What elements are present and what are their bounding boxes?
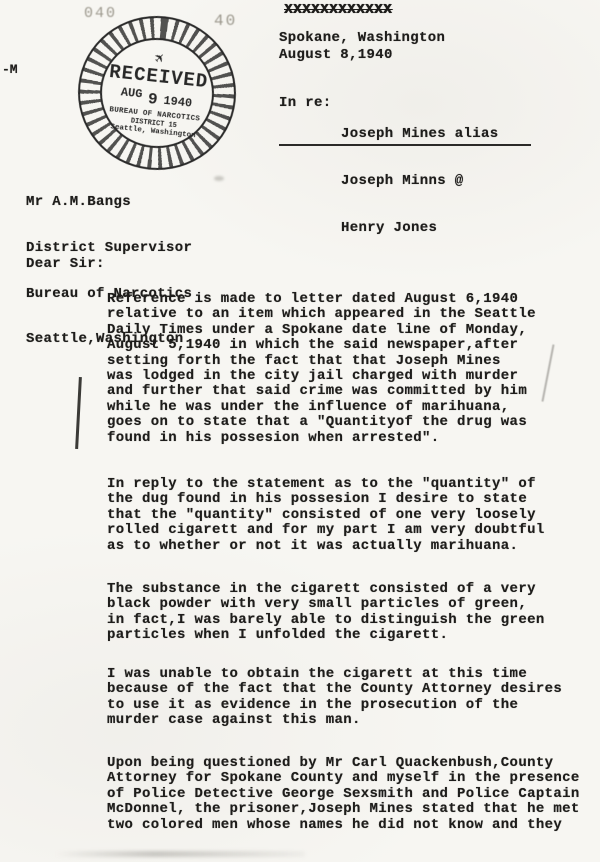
- letter-page: -M 040 40 ✈ RECEIVED AUG 9 1940 BUREAU O…: [0, 0, 600, 862]
- body-paragraph: Reference is made to letter dated August…: [107, 292, 536, 446]
- body-paragraph: The substance in the cigarett consisted …: [107, 582, 545, 644]
- body-paragraph: I was unable to obtain the cigarett at t…: [107, 667, 562, 729]
- scan-smudge-bottom: [55, 851, 305, 857]
- scan-smudge: [214, 176, 224, 181]
- body-paragraph: Upon being questioned by Mr Carl Quacken…: [107, 756, 580, 833]
- letter-body: Reference is made to letter dated August…: [0, 0, 600, 862]
- body-paragraph: In reply to the statement as to the "qua…: [107, 477, 545, 554]
